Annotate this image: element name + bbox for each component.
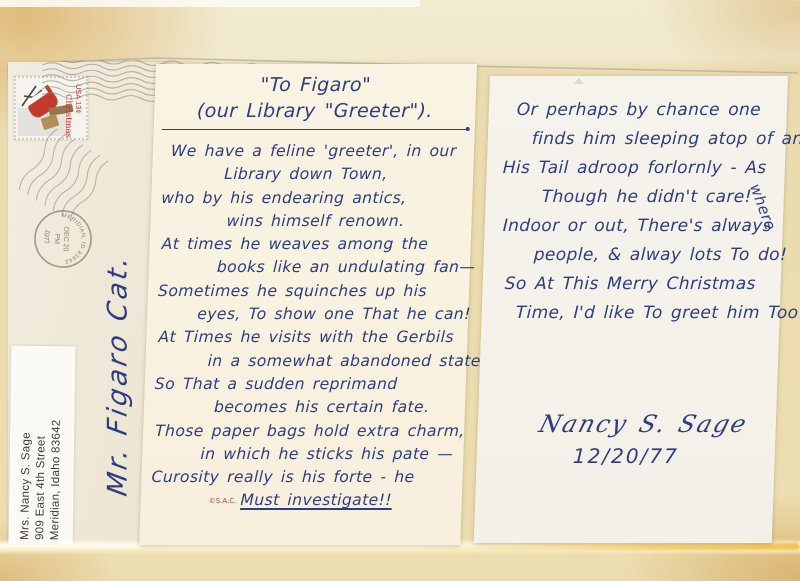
postmark-year: 1977 <box>42 228 51 245</box>
address-label: Mrs. Nancy S. Sage 909 East 4th Street M… <box>9 346 76 545</box>
postmark-meridiem: PM <box>53 233 60 244</box>
handwritten-recipient-text: Mr. Figaro Cat. <box>103 251 134 498</box>
poem-line: finds him sleeping atop of any <box>531 125 776 154</box>
poem-title: "To Figaro" (our Library "Greeter"). <box>154 72 477 124</box>
svg-text:1977: 1977 <box>42 228 51 245</box>
poem-line: books like an undulating fan— <box>216 256 464 279</box>
poem-page-left: "To Figaro" (our Library "Greeter"). We … <box>139 64 477 545</box>
title-underline <box>162 129 469 130</box>
poem-line: Or perhaps by chance one <box>516 96 777 125</box>
scanned-letter-document: USA 13¢ Christmas <box>0 0 800 581</box>
signature-date: 12/20/77 <box>476 444 775 468</box>
poem-line: Indoor or out, There's always <box>502 212 773 241</box>
poem-line: becomes his certain fate. <box>214 396 460 419</box>
handwritten-recipient: Mr. Figaro Cat. <box>74 230 162 520</box>
poem-title-line2: (our Library "Greeter"). <box>154 98 476 124</box>
poem-title-line1: "To Figaro" <box>155 72 477 98</box>
poem-line: So That a sudden reprimand <box>154 373 460 396</box>
poem-line: people, & alway lots To do! <box>533 241 772 270</box>
poem-line: wins himself renown. <box>226 210 466 233</box>
poem-page-right: Or perhaps by chance one finds him sleep… <box>474 76 788 543</box>
poem-line: At times he weaves among the <box>161 233 465 256</box>
signature-block: Nancy S. Sage <box>477 410 776 438</box>
poem-line: We have a feline 'greeter', in our <box>171 140 469 163</box>
poem-line: Though he didn't care! <box>541 183 774 212</box>
poem-line-emphasized: ©S.A.C.Must investigate!! <box>208 489 456 513</box>
address-line-3: Meridian, Idaho 83642 <box>48 350 66 540</box>
poem-line: Sometimes he squinches up his <box>158 280 464 303</box>
poem-line: His Tail adroop forlornly - As <box>502 154 775 183</box>
poem-line: in a somewhat abandoned state <box>207 350 461 373</box>
poem-line: who by his endearing antics, <box>161 187 467 210</box>
poem-line: Those paper bags hold extra charm, <box>155 420 459 443</box>
poem-line: So At This Merry Christmas <box>504 270 771 299</box>
poem-body-left: We have a feline 'greeter', in our Libra… <box>140 138 474 514</box>
postmark-date: DEC 20 <box>62 227 70 252</box>
poem-line: Library down Town, <box>224 163 468 186</box>
poem-body-right: Or perhaps by chance one finds him sleep… <box>481 76 788 328</box>
poem-line: eyes, To show one That he can! <box>197 303 463 326</box>
poem-line: Curosity really is his forte - he <box>151 466 457 489</box>
copyright-mark: ©S.A.C. <box>209 497 237 505</box>
poem-final-line: Must investigate!! <box>240 491 392 509</box>
poem-line: in which he sticks his pate — <box>200 443 458 466</box>
poem-line: Time, I'd like To greet him Too! <box>515 299 770 328</box>
signature: Nancy S. Sage <box>536 410 752 438</box>
scanner-edge-strip <box>0 0 420 7</box>
poem-line: At Times he visits with the Gerbils <box>158 326 462 349</box>
